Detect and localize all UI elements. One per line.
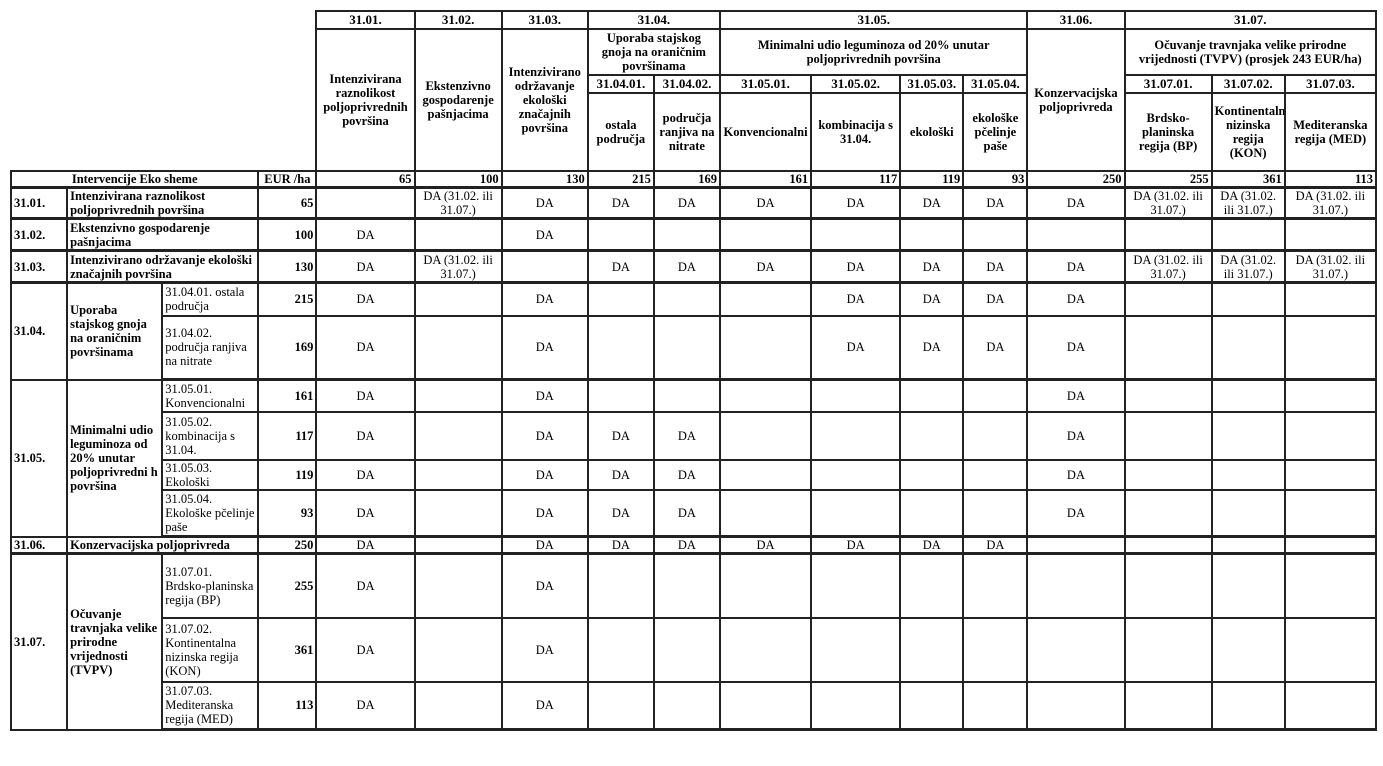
subcolumn-title: ekološki [900, 93, 963, 171]
compatibility-cell [811, 219, 900, 251]
group-title: Ekstenzivno gospodarenje pašnjacima [415, 29, 502, 171]
row-rate: 161 [258, 380, 316, 412]
table-row: 31.02.Ekstenzivno gospodarenje pašnjacim… [11, 219, 1376, 251]
compatibility-cell [963, 380, 1027, 412]
compatibility-cell [316, 188, 414, 219]
compatibility-cell: DA [316, 490, 414, 537]
row-rate: 361 [258, 618, 316, 682]
compatibility-cell: DA [588, 537, 654, 554]
row-rate: 93 [258, 490, 316, 537]
compatibility-cell [811, 618, 900, 682]
compatibility-cell: DA (31.02. ili 31.07.) [1125, 188, 1212, 219]
compatibility-cell [1125, 537, 1212, 554]
compatibility-cell: DA [316, 682, 414, 730]
compatibility-cell: DA [963, 316, 1027, 380]
row-group-title: Konzervacijska poljoprivreda [67, 537, 258, 554]
compatibility-cell [1285, 682, 1376, 730]
compatibility-cell [900, 490, 963, 537]
subcolumn-title: Mediteranska regija (MED) [1285, 93, 1376, 171]
compatibility-cell [900, 554, 963, 618]
compatibility-cell: DA [316, 537, 414, 554]
column-rate: 361 [1212, 171, 1285, 188]
subcolumn-title: Kontinentalna nizinska regija (KON) [1212, 93, 1285, 171]
row-group-code: 31.03. [11, 251, 67, 283]
table-row: 31.05.Minimalni udio leguminoza od 20% u… [11, 380, 1376, 412]
row-rate: 169 [258, 316, 316, 380]
compatibility-cell [963, 618, 1027, 682]
table-row: 31.07.Očuvanje travnjaka velike prirodne… [11, 554, 1376, 618]
compatibility-cell [415, 554, 502, 618]
compatibility-cell: DA [811, 283, 900, 316]
row-rate: 215 [258, 283, 316, 316]
compatibility-cell: DA [588, 412, 654, 460]
subcolumn-title: kombinacija s 31.04. [811, 93, 900, 171]
compatibility-cell [415, 412, 502, 460]
compatibility-cell: DA [900, 283, 963, 316]
subcolumn-code: 31.07.01. [1125, 75, 1212, 93]
table-row: 31.04.Uporaba stajskog gnoja na oranični… [11, 283, 1376, 316]
compatibility-cell: DA [502, 460, 588, 490]
compatibility-cell: DA [316, 251, 414, 283]
compatibility-cell: DA [1027, 460, 1124, 490]
compatibility-cell [654, 316, 720, 380]
compatibility-cell [963, 490, 1027, 537]
compatibility-cell [1285, 380, 1376, 412]
corner-blank [11, 11, 316, 171]
compatibility-cell [1285, 283, 1376, 316]
compatibility-cell: DA [811, 188, 900, 219]
compatibility-cell: DA [1027, 283, 1124, 316]
compatibility-cell [415, 219, 502, 251]
compatibility-cell [1212, 490, 1285, 537]
compatibility-cell [1125, 618, 1212, 682]
column-rate: 117 [811, 171, 900, 188]
eco-scheme-compatibility-table: 31.01. 31.02. 31.03. 31.04. 31.05. 31.06… [10, 10, 1377, 731]
compatibility-cell [811, 490, 900, 537]
compatibility-cell [720, 682, 811, 730]
compatibility-cell [1125, 412, 1212, 460]
column-rate: 255 [1125, 171, 1212, 188]
compatibility-cell [900, 618, 963, 682]
compatibility-cell [1212, 219, 1285, 251]
compatibility-cell [963, 460, 1027, 490]
row-sub-title: 31.05.04. Ekološke pčelinje paše [162, 490, 258, 537]
row-group-title: Minimalni udio leguminoza od 20% unutar … [67, 380, 162, 537]
compatibility-cell [1125, 490, 1212, 537]
compatibility-cell: DA [316, 219, 414, 251]
table-row: 31.06.Konzervacijska poljoprivreda250DAD… [11, 537, 1376, 554]
compatibility-cell: DA [502, 283, 588, 316]
row-sub-title: 31.07.03. Mediteranska regija (MED) [162, 682, 258, 730]
compatibility-cell: DA [963, 188, 1027, 219]
compatibility-cell [654, 219, 720, 251]
compatibility-cell [588, 682, 654, 730]
column-rate: 93 [963, 171, 1027, 188]
compatibility-cell [1285, 537, 1376, 554]
group-title: Uporaba stajskog gnoja na oraničnim povr… [588, 29, 720, 75]
row-rate: 117 [258, 412, 316, 460]
compatibility-cell [1212, 380, 1285, 412]
compatibility-cell [415, 618, 502, 682]
compatibility-cell: DA [502, 554, 588, 618]
compatibility-cell [415, 490, 502, 537]
group-code: 31.04. [588, 11, 720, 29]
compatibility-cell [720, 460, 811, 490]
compatibility-cell [1125, 460, 1212, 490]
row-group-code: 31.04. [11, 283, 67, 380]
compatibility-cell [588, 554, 654, 618]
compatibility-cell [720, 490, 811, 537]
compatibility-cell [588, 316, 654, 380]
row-rate: 65 [258, 188, 316, 219]
compatibility-cell [1285, 618, 1376, 682]
compatibility-cell: DA [502, 537, 588, 554]
compatibility-cell: DA [900, 537, 963, 554]
group-code: 31.06. [1027, 11, 1124, 29]
subcolumn-code: 31.07.02. [1212, 75, 1285, 93]
compatibility-cell [720, 316, 811, 380]
row-group-code: 31.07. [11, 554, 67, 730]
compatibility-cell: DA [654, 251, 720, 283]
compatibility-cell: DA (31.02. ili 31.07.) [1285, 188, 1376, 219]
compatibility-cell [1125, 380, 1212, 412]
group-code: 31.05. [720, 11, 1027, 29]
compatibility-cell: DA [316, 460, 414, 490]
compatibility-cell: DA [963, 537, 1027, 554]
table-row: 31.07.02. Kontinentalna nizinska regija … [11, 618, 1376, 682]
compatibility-cell: DA [811, 316, 900, 380]
compatibility-cell [900, 460, 963, 490]
group-code: 31.02. [415, 11, 502, 29]
subcolumn-code: 31.05.03. [900, 75, 963, 93]
compatibility-cell: DA [720, 251, 811, 283]
compatibility-cell [415, 380, 502, 412]
table-row: 31.04.02. područja ranjiva na nitrate169… [11, 316, 1376, 380]
subcolumn-title: ekološke pčelinje paše [963, 93, 1027, 171]
row-group-code: 31.02. [11, 219, 67, 251]
column-rate: 65 [316, 171, 414, 188]
row-rate: 100 [258, 219, 316, 251]
compatibility-cell: DA [1027, 380, 1124, 412]
compatibility-cell [900, 380, 963, 412]
compatibility-cell [811, 460, 900, 490]
compatibility-cell [654, 380, 720, 412]
group-title: Intenzivirano održavanje ekološki značaj… [502, 29, 588, 171]
compatibility-cell [811, 412, 900, 460]
compatibility-cell: DA [900, 188, 963, 219]
compatibility-cell [1285, 316, 1376, 380]
compatibility-cell: DA [316, 554, 414, 618]
row-group-title: Intenzivirano održavanje ekološki značaj… [67, 251, 258, 283]
compatibility-cell [588, 618, 654, 682]
row-sub-title: 31.07.01. Brdsko-planinska regija (BP) [162, 554, 258, 618]
compatibility-cell [415, 460, 502, 490]
row-sub-title: 31.04.02. područja ranjiva na nitrate [162, 316, 258, 380]
compatibility-cell: DA [502, 316, 588, 380]
compatibility-cell [811, 380, 900, 412]
subcolumn-code: 31.05.01. [720, 75, 811, 93]
group-title: Minimalni udio leguminoza od 20% unutar … [720, 29, 1027, 75]
table-row: 31.05.04. Ekološke pčelinje paše93DADADA… [11, 490, 1376, 537]
compatibility-cell: DA [654, 490, 720, 537]
compatibility-cell: DA (31.02. ili 31.07.) [415, 251, 502, 283]
compatibility-cell [1125, 219, 1212, 251]
table-row: 31.01.Intenzivirana raznolikost poljopri… [11, 188, 1376, 219]
compatibility-cell: DA [502, 412, 588, 460]
compatibility-cell [1027, 219, 1124, 251]
compatibility-cell [963, 682, 1027, 730]
compatibility-cell: DA (31.02. ili 31.07.) [1212, 251, 1285, 283]
subcolumn-title: Konvencionalni [720, 93, 811, 171]
compatibility-cell [900, 412, 963, 460]
row-sub-title: 31.07.02. Kontinentalna nizinska regija … [162, 618, 258, 682]
compatibility-cell [1285, 490, 1376, 537]
compatibility-cell [963, 554, 1027, 618]
compatibility-cell: DA [720, 188, 811, 219]
compatibility-cell [811, 682, 900, 730]
subcolumn-code: 31.05.02. [811, 75, 900, 93]
compatibility-cell: DA [720, 537, 811, 554]
compatibility-cell [963, 219, 1027, 251]
subcolumn-code: 31.04.02. [654, 75, 720, 93]
compatibility-cell: DA [811, 537, 900, 554]
row-sub-title: 31.05.03. Ekološki [162, 460, 258, 490]
table-row: 31.07.03. Mediteranska regija (MED)113DA… [11, 682, 1376, 730]
row-sub-title: 31.05.01. Konvencionalni [162, 380, 258, 412]
compatibility-cell [1212, 682, 1285, 730]
row-rate: 250 [258, 537, 316, 554]
compatibility-cell [415, 682, 502, 730]
compatibility-cell [654, 618, 720, 682]
row-label: Intervencije Eko sheme [11, 171, 258, 188]
row-group-code: 31.01. [11, 188, 67, 219]
subcolumn-title: područja ranjiva na nitrate [654, 93, 720, 171]
compatibility-cell: DA [588, 490, 654, 537]
compatibility-cell: DA [502, 490, 588, 537]
compatibility-cell: DA [654, 460, 720, 490]
compatibility-cell [1027, 537, 1124, 554]
compatibility-cell [415, 537, 502, 554]
compatibility-cell [588, 380, 654, 412]
compatibility-cell [900, 219, 963, 251]
compatibility-cell: DA [1027, 251, 1124, 283]
compatibility-cell [1212, 283, 1285, 316]
compatibility-cell [720, 618, 811, 682]
group-title: Očuvanje travnjaka velike prirodne vrije… [1125, 29, 1376, 75]
compatibility-cell [1285, 460, 1376, 490]
compatibility-cell: DA [1027, 316, 1124, 380]
column-rate: 119 [900, 171, 963, 188]
row-group-title: Uporaba stajskog gnoja na oraničnim povr… [67, 283, 162, 380]
compatibility-cell [1027, 618, 1124, 682]
row-group-title: Ekstenzivno gospodarenje pašnjacima [67, 219, 258, 251]
compatibility-cell [1125, 554, 1212, 618]
compatibility-cell: DA [963, 251, 1027, 283]
compatibility-cell: DA [1027, 412, 1124, 460]
compatibility-cell [720, 380, 811, 412]
compatibility-cell: DA [316, 618, 414, 682]
compatibility-cell [1212, 537, 1285, 554]
row-rate: 119 [258, 460, 316, 490]
subcolumn-title: ostala područja [588, 93, 654, 171]
compatibility-cell: DA [502, 380, 588, 412]
compatibility-cell: DA [1027, 188, 1124, 219]
group-code: 31.03. [502, 11, 588, 29]
compatibility-cell: DA [502, 188, 588, 219]
column-rate: 100 [415, 171, 502, 188]
compatibility-cell [963, 412, 1027, 460]
compatibility-cell [1285, 412, 1376, 460]
compatibility-cell [720, 219, 811, 251]
row-rate: 113 [258, 682, 316, 730]
compatibility-cell: DA [316, 283, 414, 316]
table-row: 31.03.Intenzivirano održavanje ekološki … [11, 251, 1376, 283]
compatibility-cell [415, 316, 502, 380]
compatibility-cell: DA [588, 188, 654, 219]
compatibility-cell: DA [316, 412, 414, 460]
compatibility-cell: DA [588, 251, 654, 283]
row-group-title: Očuvanje travnjaka velike prirodne vrije… [67, 554, 162, 730]
compatibility-cell: DA [654, 188, 720, 219]
row-group-code: 31.06. [11, 537, 67, 554]
compatibility-cell [415, 283, 502, 316]
row-rate: 255 [258, 554, 316, 618]
compatibility-cell [588, 219, 654, 251]
column-rate: 169 [654, 171, 720, 188]
compatibility-cell: DA [963, 283, 1027, 316]
compatibility-cell: DA [1027, 490, 1124, 537]
column-rate: 250 [1027, 171, 1124, 188]
compatibility-cell: DA [502, 618, 588, 682]
compatibility-cell: DA [588, 460, 654, 490]
row-sub-title: 31.04.01. ostala područja [162, 283, 258, 316]
group-title: Intenzivirana raznolikost poljoprivredni… [316, 29, 414, 171]
row-sub-title: 31.05.02. kombinacija s 31.04. [162, 412, 258, 460]
compatibility-cell [588, 283, 654, 316]
compatibility-cell: DA [316, 316, 414, 380]
group-code: 31.01. [316, 11, 414, 29]
table-row: 31.05.03. Ekološki119DADADADADA [11, 460, 1376, 490]
compatibility-cell [1125, 283, 1212, 316]
row-group-code: 31.05. [11, 380, 67, 537]
compatibility-cell [1212, 316, 1285, 380]
unit-label: EUR /ha [258, 171, 316, 188]
compatibility-cell [1125, 316, 1212, 380]
column-rate: 130 [502, 171, 588, 188]
compatibility-cell [720, 554, 811, 618]
compatibility-cell [1212, 412, 1285, 460]
compatibility-cell: DA (31.02. ili 31.07.) [1285, 251, 1376, 283]
row-rate: 130 [258, 251, 316, 283]
compatibility-cell [1125, 682, 1212, 730]
compatibility-cell [654, 682, 720, 730]
compatibility-cell: DA [811, 251, 900, 283]
row-group-title: Intenzivirana raznolikost poljoprivredni… [67, 188, 258, 219]
subcolumn-code: 31.05.04. [963, 75, 1027, 93]
compatibility-cell [1027, 554, 1124, 618]
compatibility-cell: DA [900, 316, 963, 380]
compatibility-cell [811, 554, 900, 618]
compatibility-cell: DA (31.02. ili 31.07.) [415, 188, 502, 219]
compatibility-cell: DA [316, 380, 414, 412]
compatibility-cell [720, 412, 811, 460]
compatibility-cell: DA (31.02. ili 31.07.) [1212, 188, 1285, 219]
table-row: 31.05.02. kombinacija s 31.04.117DADADAD… [11, 412, 1376, 460]
compatibility-cell: DA (31.02. ili 31.07.) [1125, 251, 1212, 283]
compatibility-cell [720, 283, 811, 316]
compatibility-cell [1212, 460, 1285, 490]
group-code: 31.07. [1125, 11, 1376, 29]
subcolumn-title: Brdsko-planinska regija (BP) [1125, 93, 1212, 171]
compatibility-cell: DA [900, 251, 963, 283]
compatibility-cell [900, 682, 963, 730]
compatibility-cell [654, 554, 720, 618]
column-rate: 161 [720, 171, 811, 188]
compatibility-cell [502, 251, 588, 283]
compatibility-cell [654, 283, 720, 316]
compatibility-cell [1027, 682, 1124, 730]
compatibility-cell [1285, 554, 1376, 618]
subcolumn-code: 31.04.01. [588, 75, 654, 93]
compatibility-cell: DA [502, 219, 588, 251]
group-title: Konzervacijska poljoprivreda [1027, 29, 1124, 171]
compatibility-cell [1285, 219, 1376, 251]
compatibility-cell [1212, 554, 1285, 618]
column-rate: 215 [588, 171, 654, 188]
compatibility-cell: DA [654, 412, 720, 460]
column-rate: 113 [1285, 171, 1376, 188]
compatibility-cell: DA [502, 682, 588, 730]
subcolumn-code: 31.07.03. [1285, 75, 1376, 93]
compatibility-cell [1212, 618, 1285, 682]
compatibility-cell: DA [654, 537, 720, 554]
